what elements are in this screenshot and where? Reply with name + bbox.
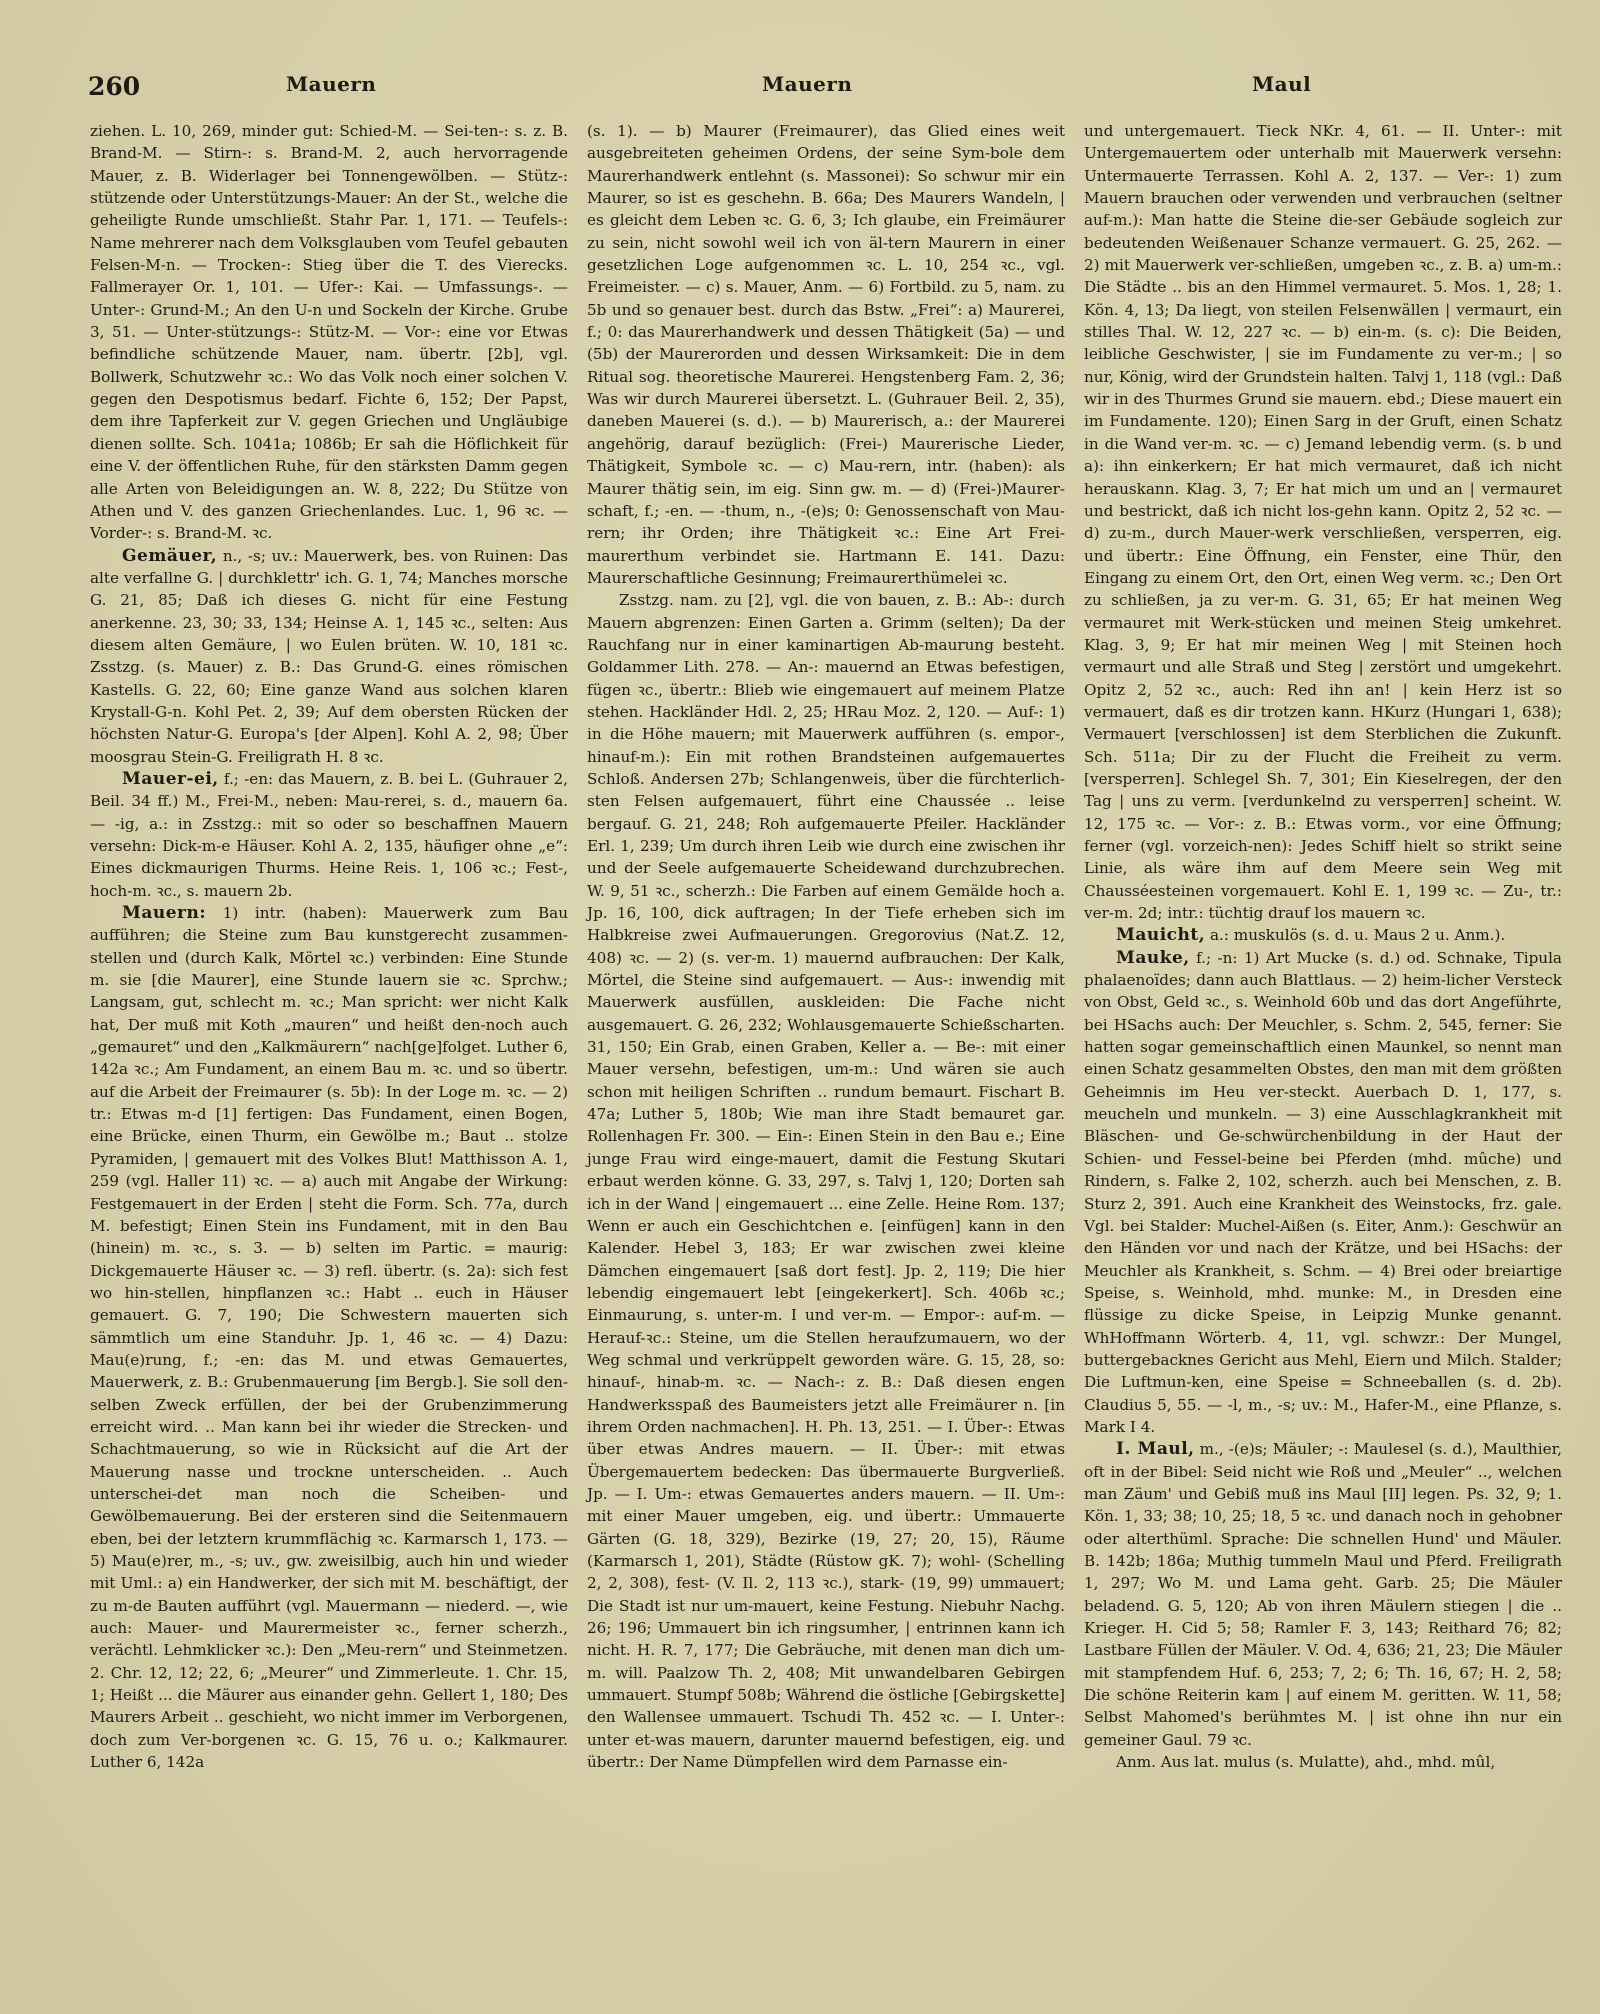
- page-number: 260: [88, 72, 140, 101]
- entry-text: und untergemauert. Tieck NKr. 4, 61. — I…: [1084, 122, 1562, 922]
- running-head-center: Mauern: [762, 72, 852, 96]
- headword: Mauicht,: [1116, 925, 1205, 945]
- entry-continuation: ziehen. L. 10, 269, minder gut: Schied-M…: [90, 120, 568, 545]
- headword: Mauern:: [122, 903, 206, 923]
- entry-compounds: Zsstzg. nam. zu [2], vgl. die von bauen,…: [587, 589, 1065, 1773]
- entry-continuation: (s. 1). — b) Maurer (Freimaurer), das Gl…: [587, 120, 1065, 589]
- column-right: und untergemauert. Tieck NKr. 4, 61. — I…: [1084, 120, 1562, 1773]
- entry-text: f.; -en: das Mauern, z. B. bei L. (Guhra…: [90, 770, 568, 900]
- entry-text: f.; -n: 1) Art Mucke (s. d.) od. Schnake…: [1084, 949, 1562, 1436]
- entry-text: Anm. Aus lat. mulus (s. Mulatte), ahd., …: [1116, 1753, 1495, 1771]
- entry-text: n., -s; uv.: Mauerwerk, bes. von Ruinen:…: [90, 547, 568, 766]
- headword: Mauer-ei,: [122, 769, 219, 789]
- column-left: ziehen. L. 10, 269, minder gut: Schied-M…: [90, 120, 568, 1773]
- headword: I. Maul,: [1116, 1439, 1195, 1459]
- entry-text: ziehen. L. 10, 269, minder gut: Schied-M…: [90, 122, 568, 542]
- dictionary-columns: ziehen. L. 10, 269, minder gut: Schied-M…: [90, 120, 1562, 1773]
- entry-text: a.: muskulös (s. d. u. Maus 2 u. Anm.).: [1205, 926, 1505, 944]
- column-middle: (s. 1). — b) Maurer (Freimaurer), das Gl…: [587, 120, 1065, 1773]
- page-header: 260 Mauern Mauern Maul: [0, 64, 1600, 104]
- entry-text: m., -(e)s; Mäuler; -: Maulesel (s. d.), …: [1084, 1440, 1562, 1748]
- entry-text: (s. 1). — b) Maurer (Freimaurer), das Gl…: [587, 122, 1065, 587]
- entry-text: 1) intr. (haben): Mauerwerk zum Bau auff…: [90, 904, 568, 1771]
- entry-gemaeuer: Gemäuer, n., -s; uv.: Mauerwerk, bes. vo…: [90, 545, 568, 768]
- entry-text: Zsstzg. nam. zu [2], vgl. die von bauen,…: [587, 591, 1065, 1771]
- running-head-right: Maul: [1252, 72, 1311, 96]
- entry-mauke: Mauke, f.; -n: 1) Art Mucke (s. d.) od. …: [1084, 947, 1562, 1439]
- entry-mauicht: Mauicht, a.: muskulös (s. d. u. Maus 2 u…: [1084, 924, 1562, 946]
- entry-mauern: Mauern: 1) intr. (haben): Mauerwerk zum …: [90, 902, 568, 1773]
- running-head-left: Mauern: [286, 72, 376, 96]
- entry-continuation: und untergemauert. Tieck NKr. 4, 61. — I…: [1084, 120, 1562, 924]
- headword: Gemäuer,: [122, 546, 217, 566]
- headword: Mauke,: [1116, 948, 1190, 968]
- entry-annotation: Anm. Aus lat. mulus (s. Mulatte), ahd., …: [1084, 1751, 1562, 1773]
- entry-mauerei: Mauer-ei, f.; -en: das Mauern, z. B. bei…: [90, 768, 568, 902]
- entry-maul: I. Maul, m., -(e)s; Mäuler; -: Maulesel …: [1084, 1438, 1562, 1751]
